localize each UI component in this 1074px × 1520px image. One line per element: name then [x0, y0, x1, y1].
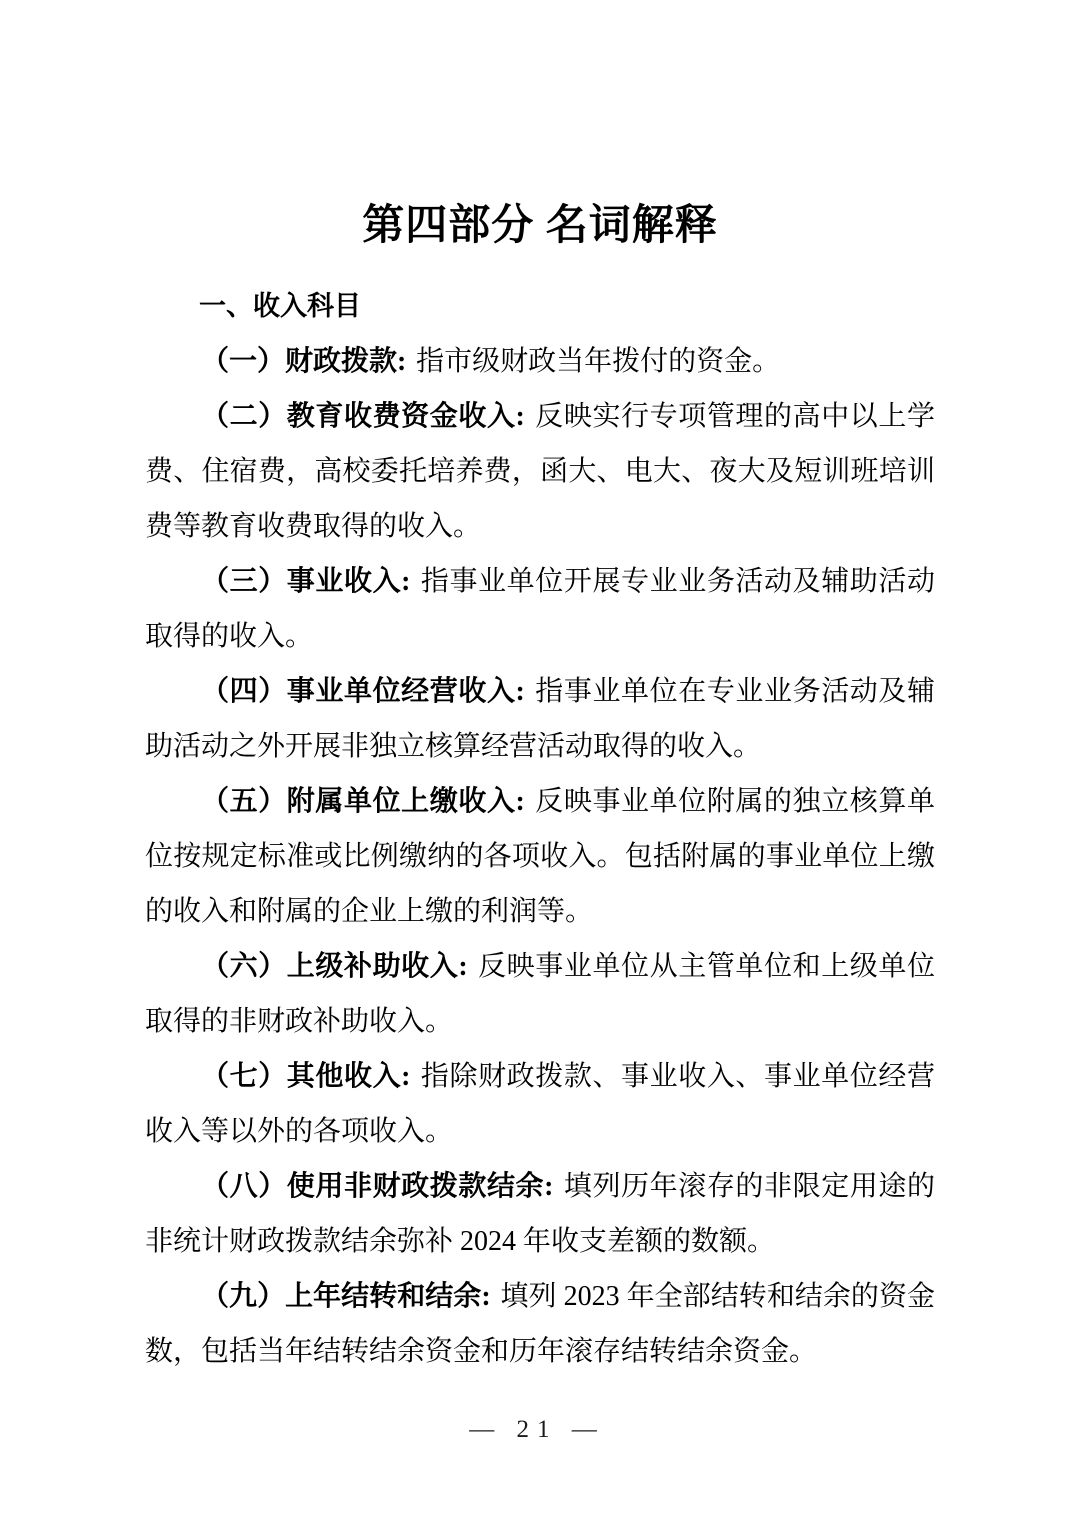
- term-item-5: （五）附属单位上缴收入:反映事业单位附属的独立核算单位按规定标准或比例缴纳的各项…: [145, 774, 935, 939]
- term-item-2: （二）教育收费资金收入:反映实行专项管理的高中以上学费、住宿费，高校委托培养费，…: [145, 389, 935, 554]
- term-item-3: （三）事业收入:指事业单位开展专业业务活动及辅助活动取得的收入。: [145, 554, 935, 664]
- term-label-8: （八）使用非财政拨款结余:: [201, 1171, 553, 1202]
- page-title: 第四部分 名词解释: [145, 200, 935, 253]
- term-item-6: （六）上级补助收入:反映事业单位从主管单位和上级单位取得的非财政补助收入。: [145, 939, 935, 1049]
- term-label-5: （五）附属单位上缴收入:: [201, 786, 525, 817]
- term-label-4: （四）事业单位经营收入:: [201, 676, 525, 707]
- term-label-1: （一）财政拨款:: [201, 346, 406, 377]
- term-item-7: （七）其他收入:指除财政拨款、事业收入、事业单位经营收入等以外的各项收入。: [145, 1049, 935, 1159]
- term-text-1: 指市级财政当年拨付的资金。: [416, 346, 780, 377]
- term-label-9: （九）上年结转和结余:: [201, 1281, 491, 1312]
- document-page: 第四部分 名词解释 一、收入科目 （一）财政拨款:指市级财政当年拨付的资金。 （…: [0, 0, 1074, 1520]
- term-item-8: （八）使用非财政拨款结余:填列历年滚存的非限定用途的非统计财政拨款结余弥补 20…: [145, 1159, 935, 1269]
- term-item-1: （一）财政拨款:指市级财政当年拨付的资金。: [145, 334, 935, 389]
- term-label-6: （六）上级补助收入:: [201, 951, 468, 982]
- term-item-9: （九）上年结转和结余:填列 2023 年全部结转和结余的资金数，包括当年结转结余…: [145, 1269, 935, 1379]
- section-heading: 一、收入科目: [145, 279, 935, 334]
- term-item-4: （四）事业单位经营收入:指事业单位在专业业务活动及辅助活动之外开展非独立核算经营…: [145, 664, 935, 774]
- term-label-3: （三）事业收入:: [201, 566, 411, 597]
- page-number: — 21 —: [0, 1416, 1074, 1444]
- term-label-7: （七）其他收入:: [201, 1061, 411, 1092]
- term-label-2: （二）教育收费资金收入:: [201, 401, 525, 432]
